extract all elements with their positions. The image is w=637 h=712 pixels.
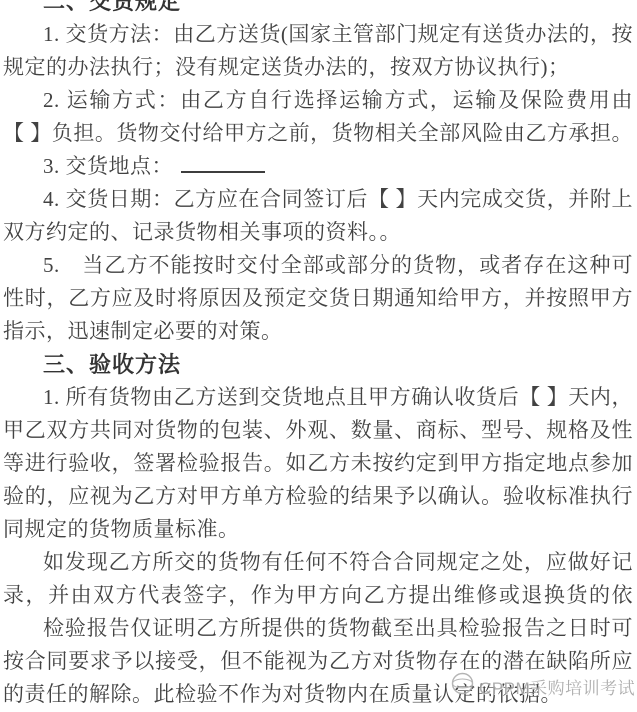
- text-line: 按合同要求予以接受，但不能视为乙方对货物存在的潜在缺陷所应付: [3, 645, 633, 678]
- text-line: 录，并由双方代表签字，作为甲方向乙方提出维修或退换货的依据。: [3, 579, 633, 612]
- contract-page: 二、交货规定 1. 交货方法：由乙方送货(国家主管部门规定有送货办法的，按 规定…: [0, 0, 637, 712]
- text-line: 【 】负担。货物交付给甲方之前，货物相关全部风险由乙方承担。: [3, 117, 633, 150]
- section-heading-acceptance-method: 三、验收方法: [3, 348, 633, 381]
- text-line: 指示，迅速制定必要的对策。: [3, 315, 633, 348]
- text-line: 检验报告仅证明乙方所提供的货物截至出具检验报告之日时可以: [3, 612, 633, 645]
- text-line: 同规定的货物质量标准。: [3, 513, 633, 546]
- blank-underline: [181, 168, 265, 173]
- text-line: 1. 交货方法：由乙方送货(国家主管部门规定有送货办法的，按: [3, 18, 633, 51]
- section-heading-delivery-rules: 二、交货规定: [3, 0, 633, 18]
- text-line: 规定的办法执行；没有规定送货办法的，按双方协议执行)；: [3, 51, 633, 84]
- text-line: 5. 当乙方不能按时交付全部或部分的货物，或者存在这种可能: [3, 249, 633, 282]
- text-line: 3. 交货地点：: [3, 150, 633, 183]
- text-line: 1. 所有货物由乙方送到交货地点且甲方确认收货后【 】天内，由: [3, 381, 633, 414]
- text-line: 甲乙双方共同对货物的包装、外观、数量、商标、型号、规格及性能: [3, 414, 633, 447]
- text-line: 如发现乙方所交的货物有任何不符合合同规定之处，应做好记: [3, 546, 633, 579]
- delivery-place-label: 3. 交货地点：: [43, 154, 173, 178]
- text-line: 验的，应视为乙方对甲方单方检验的结果予以确认。验收标准执行合: [3, 480, 633, 513]
- text-line: 双方约定的、记录货物相关事项的资料。。: [3, 216, 633, 249]
- text-line: 等进行验收，签署检验报告。如乙方未按约定到甲方指定地点参加检: [3, 447, 633, 480]
- contract-document: 二、交货规定 1. 交货方法：由乙方送货(国家主管部门规定有送货办法的，按 规定…: [3, 0, 633, 711]
- text-line: 的责任的解除。此检验不作为对货物内在质量认定的依据。: [3, 678, 633, 711]
- text-line: 4. 交货日期：乙方应在合同签订后【 】天内完成交货，并附上: [3, 183, 633, 216]
- text-line: 性时，乙方应及时将原因及预定交货日期通知给甲方，并按照甲方的: [3, 282, 633, 315]
- text-line: 2. 运输方式：由乙方自行选择运输方式，运输及保险费用由: [3, 84, 633, 117]
